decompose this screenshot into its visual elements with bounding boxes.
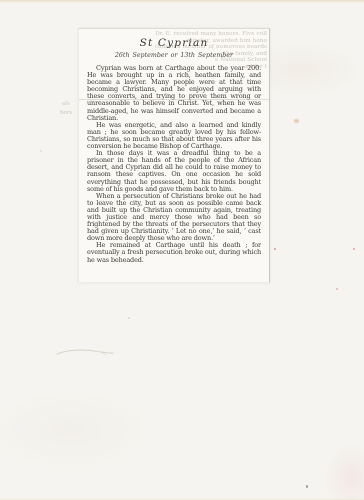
clipping-strip-seam bbox=[79, 99, 269, 100]
paragraph: When a persecution of Christians broke o… bbox=[87, 193, 261, 243]
pink-speck bbox=[353, 248, 355, 250]
newspaper-clipping: Dr. E. received many honors. Five coll m… bbox=[78, 28, 270, 283]
bleedthrough-left-fragment: als bbox=[62, 101, 70, 108]
scanned-page: Dr. E. received many honors. Five coll m… bbox=[0, 0, 364, 500]
bleedthrough-left-fragment: bors bbox=[60, 110, 72, 117]
faint-speck bbox=[128, 317, 130, 319]
rust-speck bbox=[294, 119, 299, 123]
dark-speck bbox=[306, 485, 308, 488]
faint-speck bbox=[40, 150, 42, 152]
pink-speck bbox=[336, 288, 338, 290]
clipping-title: St Cyprian bbox=[85, 37, 263, 50]
paragraph: He was energetic, and also a learned and… bbox=[87, 122, 261, 150]
paragraph: In those days it was a dreadful thing to… bbox=[87, 150, 261, 193]
paragraph: Cyprian was born at Carthage about the y… bbox=[87, 65, 261, 122]
pink-speck bbox=[274, 248, 276, 250]
scan-top-edge-shadow bbox=[0, 0, 364, 3]
clipping-subtitle: 26th September or 13th September bbox=[85, 52, 263, 60]
paragraph: He remained at Carthage until his death … bbox=[87, 242, 261, 263]
hairline-scratch-mark bbox=[50, 344, 120, 362]
clipping-body: Cyprian was born at Carthage about the y… bbox=[79, 65, 269, 264]
